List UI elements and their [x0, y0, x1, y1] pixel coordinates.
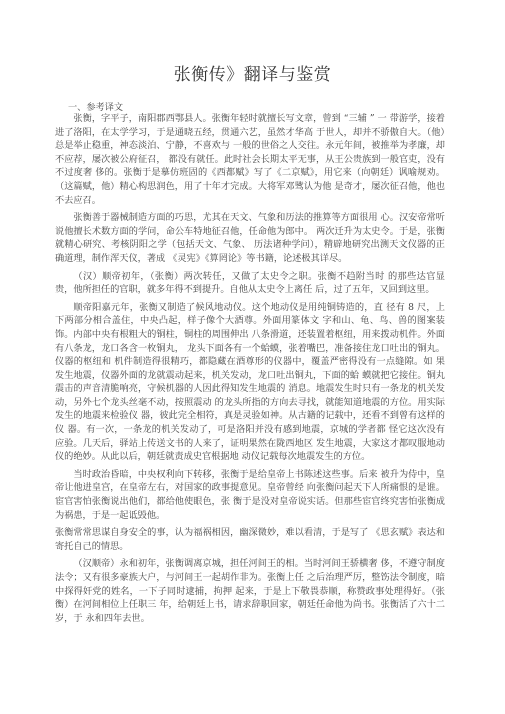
- document-page: 张衡传》翻译与鉴赏 一、参考译文 张衡，字平子，南阳郡西鄂县人。张衡年轻时就擅长…: [0, 0, 505, 714]
- document-body: 张衡，字平子，南阳郡西鄂县人。张衡年轻时就擅长写文章，曾到 “三辅 ” 一 带游…: [55, 112, 445, 629]
- section-heading: 一、参考译文: [68, 99, 123, 113]
- paragraph-5: 当时政治昏暗，中央权利向下转移，张衡于是给皇帝上书陈述这些事。后来 被升为侍中，…: [55, 468, 445, 522]
- paragraph-6: 张衡常常思谋自身安全的事，认为福祸相因，幽深微妙，难以看清，于是写了 《思玄赋》…: [55, 526, 445, 553]
- paragraph-2: 张衡善于器械制造方面的巧思，尤其在天文、气象和历法的推算等方面很用 心。汉安帝常…: [55, 211, 445, 265]
- paragraph-1: 张衡，字平子，南阳郡西鄂县人。张衡年轻时就擅长写文章，曾到 “三辅 ” 一 带游…: [55, 112, 445, 207]
- paragraph-3: （汉）顺帝初年，（张衡）两次转任，又做了太史令之职。张衡不趋附当时 的那些达官显…: [55, 270, 445, 297]
- paragraph-7: （汉顺帝）永和初年，张衡调离京城，担任河间王的相。当时河间王骄横奢 侈，不遵守制…: [55, 557, 445, 625]
- paragraph-4: 顺帝阳嘉元年，张衡又制造了候风地动仪。这个地动仪是用纯铜铸造的，直 径有 8 尺…: [55, 301, 445, 464]
- document-title: 张衡传》翻译与鉴赏: [0, 60, 505, 85]
